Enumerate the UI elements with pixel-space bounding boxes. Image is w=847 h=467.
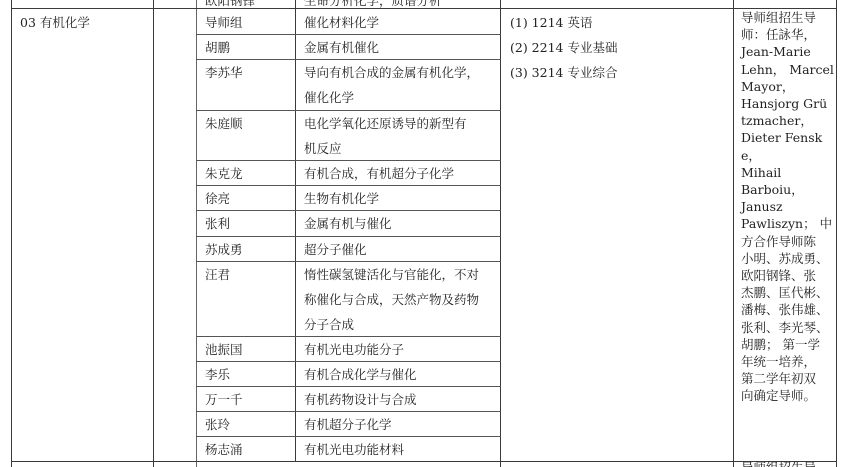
research-direction: 超分子催化 [304, 237, 367, 262]
research-direction: 导向有机合成的金属有机化学， [304, 60, 479, 85]
major-code-name: 03 有机化学 [20, 10, 90, 35]
table-border-right [836, 0, 837, 467]
remark-line: Janusz [741, 198, 836, 215]
remark-line: 潘梅、张伟雄、 [741, 301, 836, 318]
research-direction: 生物有机化学 [304, 186, 379, 211]
research-direction: 有机光电功能材料 [304, 437, 404, 462]
research-direction: 惰性碳氢键活化与官能化，不对 [304, 262, 479, 287]
remark-line: 第二学年初双 [741, 370, 836, 387]
supervisor-name: 胡鹏 [205, 35, 230, 60]
remark-line: Jean-Marie [741, 43, 836, 60]
supervisor-name: 汪君 [205, 262, 230, 287]
remark-line: 方合作导师陈 [741, 233, 836, 250]
remark-line: Mayor， [741, 78, 836, 95]
table-border-left [11, 0, 12, 467]
col-border-2 [196, 0, 197, 467]
research-direction: 催化化学 [304, 85, 354, 110]
prev-supervisor: 欧阳钢锋 [205, 0, 255, 8]
remark-line: Hansjorg Grü [741, 95, 836, 112]
research-direction: 金属有机与催化 [304, 211, 392, 236]
remark-line: 师：任詠华， [741, 26, 836, 43]
col-border-5 [733, 0, 734, 467]
research-direction: 电化学氧化还原诱导的新型有 [304, 111, 467, 136]
supervisor-name: 张玲 [205, 412, 230, 437]
row-border-bottom [11, 461, 837, 462]
supervisor-name: 李乐 [205, 362, 230, 387]
col-border-1 [153, 0, 154, 467]
row-border-top [11, 8, 837, 9]
col-border-3 [295, 0, 296, 461]
next-row-remark: 导师组招生导 [741, 461, 816, 467]
research-direction: 金属有机催化 [304, 35, 379, 60]
remark-line: tzmacher， [741, 112, 836, 129]
supervisor-name: 池振国 [205, 337, 243, 362]
supervisor-name: 李苏华 [205, 60, 243, 85]
remark-line: 杰鹏、匡代彬、 [741, 284, 836, 301]
supervisor-name: 徐亮 [205, 186, 230, 211]
col-border-4 [500, 0, 501, 467]
supervisor-name: 苏成勇 [205, 237, 243, 262]
remark-line: Dieter Fenske， [741, 129, 836, 163]
remark-line: 导师组招生导 [741, 9, 836, 26]
remark-line: Mihail [741, 164, 836, 181]
remarks-cell: 导师组招生导 师：任詠华， Jean-Marie Lehn， Marcel Ma… [741, 9, 836, 405]
remark-line: 小明、苏成勇、 [741, 250, 836, 267]
research-direction: 有机超分子化学 [304, 412, 392, 437]
remark-line: 胡鹏； 第一学 [741, 336, 836, 353]
prev-research: 生命分析化学，质谱分析 [304, 0, 442, 8]
supervisor-name: 杨志涌 [205, 437, 243, 462]
supervisor-name: 导师组 [205, 10, 243, 35]
remark-line: 年统一培养， [741, 353, 836, 370]
research-direction: 机反应 [304, 136, 342, 161]
remark-line: Barboiu， [741, 181, 836, 198]
remark-line: 张利、李光琴、 [741, 319, 836, 336]
research-direction: 分子合成 [304, 312, 354, 337]
supervisor-name: 朱克龙 [205, 161, 243, 186]
remark-line: 欧阳钢锋、张 [741, 267, 836, 284]
research-direction: 有机合成，有机超分子化学 [304, 161, 454, 186]
research-direction: 有机光电功能分子 [304, 337, 404, 362]
exam-subject: (1) 1214 英语 [510, 10, 592, 35]
remark-line: 向确定导师。 [741, 387, 836, 404]
supervisor-name: 朱庭顺 [205, 111, 243, 136]
supervisor-name: 张利 [205, 211, 230, 236]
research-direction: 催化材料化学 [304, 10, 379, 35]
remark-line: Pawliszyn； 中 [741, 215, 836, 232]
research-direction: 有机药物设计与合成 [304, 387, 417, 412]
remark-line: Lehn， Marcel [741, 61, 836, 78]
exam-subject: (3) 3214 专业综合 [510, 60, 617, 85]
supervisor-name: 万一千 [205, 387, 243, 412]
research-direction: 称催化与合成，天然产物及药物 [304, 287, 479, 312]
research-direction: 有机合成化学与催化 [304, 362, 417, 387]
exam-subject: (2) 2214 专业基础 [510, 35, 617, 60]
